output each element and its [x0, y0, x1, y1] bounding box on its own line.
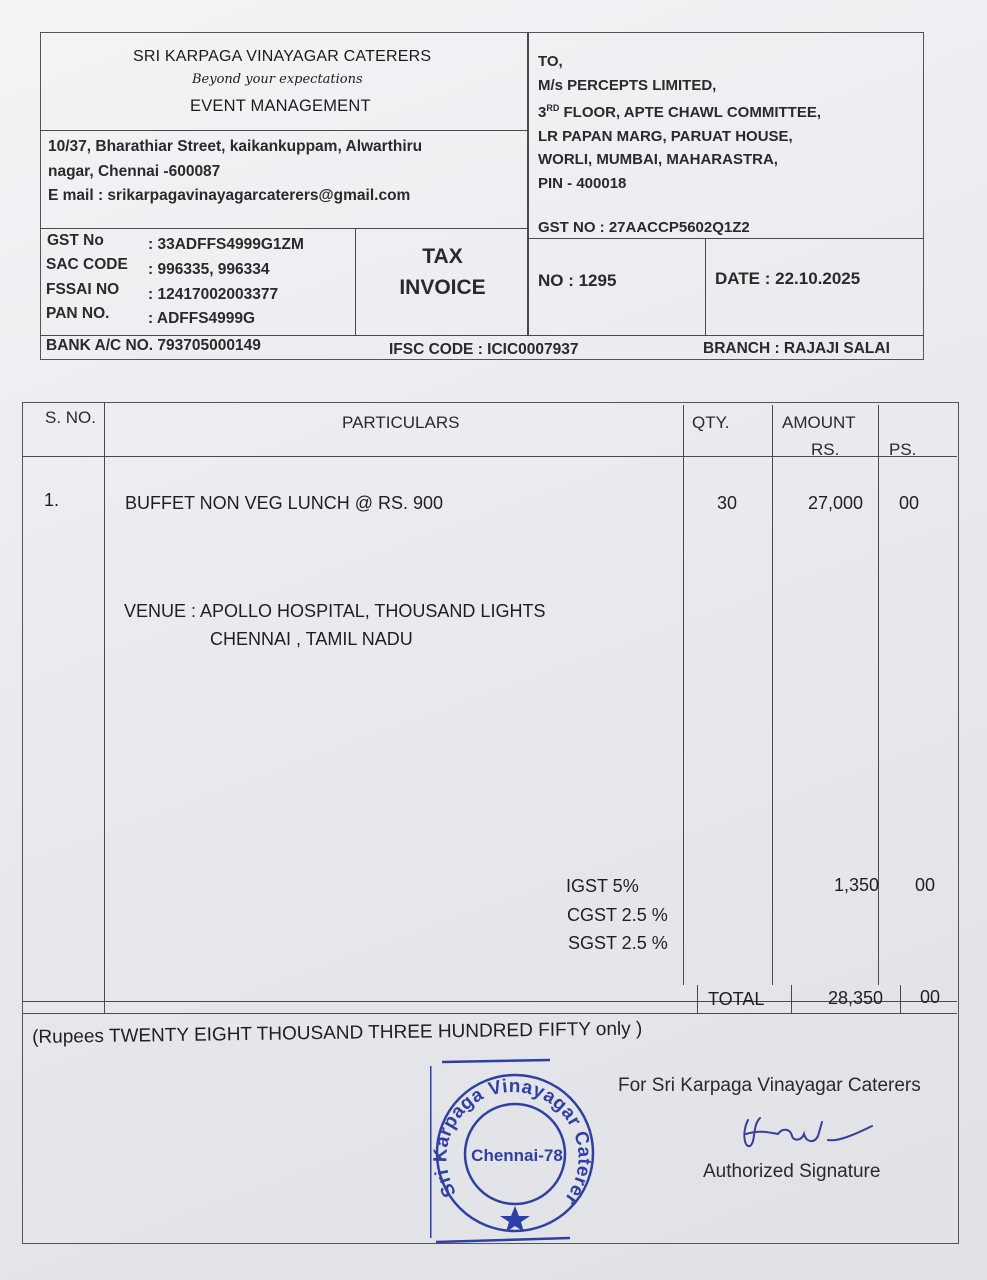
floor-rest: FLOOR, APTE CHAWL COMMITTEE, [559, 104, 821, 121]
divider [355, 228, 356, 336]
total-rs: 28,350 [828, 988, 883, 1009]
invoice-title-line1: TAX [380, 241, 505, 272]
buyer-pin: PIN - 400018 [538, 172, 821, 196]
venue-line2: CHENNAI , TAMIL NADU [210, 629, 413, 650]
signature-scribble-icon [738, 1112, 878, 1159]
header-particulars: PARTICULARS [342, 413, 459, 433]
column-divider [104, 403, 105, 1013]
bank-account: BANK A/C NO. 793705000149 [46, 337, 261, 355]
column-divider [683, 405, 684, 985]
sac-value: : 996335, 996334 [148, 261, 270, 279]
header-rs: RS. [811, 440, 839, 460]
buyer-to: TO, [538, 50, 821, 74]
bank-ifsc: IFSC CODE : ICIC0007937 [389, 341, 579, 359]
floor-suffix: RD [546, 103, 559, 113]
signature-for-text: For Sri Karpaga Vinayagar Caterers [618, 1075, 921, 1097]
gst-value: : 33ADFFS4999G1ZM [148, 236, 304, 254]
total-ps: 00 [920, 987, 940, 1008]
buyer-block: TO, M/s PERCEPTS LIMITED, 3RD FLOOR, APT… [538, 50, 821, 195]
divider [40, 335, 924, 336]
column-divider [878, 405, 879, 985]
seller-email: E mail : srikarpagavinayagarcaterers@gma… [48, 187, 410, 205]
invoice-title-line2: INVOICE [380, 272, 505, 303]
seller-address-line1: 10/37, Bharathiar Street, kaikankuppam, … [48, 138, 422, 156]
buyer-address-line2: LR PAPAN MARG, PARUAT HOUSE, [538, 125, 821, 149]
invoice-date: DATE : 22.10.2025 [715, 269, 860, 289]
column-divider [900, 985, 901, 1013]
invoice-number: NO : 1295 [538, 271, 616, 291]
total-label: TOTAL [708, 989, 764, 1010]
buyer-name: M/s PERCEPTS LIMITED, [538, 74, 821, 98]
tax-cgst: CGST 2.5 % [567, 905, 668, 926]
row-sno: 1. [44, 490, 59, 511]
divider [40, 130, 528, 131]
header-qty: QTY. [692, 413, 729, 433]
sac-label: SAC CODE [46, 256, 128, 274]
company-subtitle: EVENT MANAGEMENT [190, 97, 371, 116]
row-amount-ps: 00 [899, 493, 919, 514]
tax-sgst: SGST 2.5 % [568, 933, 668, 954]
tax-amount-rs: 1,350 [834, 875, 879, 896]
buyer-address-line3: WORLI, MUMBAI, MAHARASTRA, [538, 148, 821, 172]
company-stamp: Sri Karpaga Vinayagar Caterers Chennai-7… [430, 1058, 600, 1246]
row-qty: 30 [717, 493, 737, 514]
authorized-signature-label: Authorized Signature [703, 1161, 880, 1183]
header-divider [527, 33, 529, 336]
company-name: SRI KARPAGA VINAYAGAR CATERERS [133, 48, 431, 66]
column-divider [697, 985, 698, 1013]
seller-address-line2: nagar, Chennai -600087 [48, 163, 220, 181]
tax-amount-ps: 00 [915, 875, 935, 896]
venue-line1: VENUE : APOLLO HOSPITAL, THOUSAND LIGHTS [124, 601, 545, 622]
svg-text:Chennai-78: Chennai-78 [471, 1146, 563, 1165]
column-divider [791, 985, 792, 1013]
header-sno: S. NO. [45, 408, 96, 428]
svg-text:Sri Karpaga Vinayagar Caterers: Sri Karpaga Vinayagar Caterers [430, 1058, 595, 1209]
invoice-title: TAX INVOICE [380, 241, 505, 303]
pan-label: PAN NO. [46, 305, 109, 323]
header-ps: PS. [889, 440, 916, 460]
tax-igst: IGST 5% [566, 876, 639, 897]
company-tagline: Beyond your expectations [192, 72, 363, 87]
divider [40, 228, 528, 229]
buyer-gst: GST NO : 27AACCP5602Q1Z2 [538, 216, 750, 240]
header-amount: AMOUNT [782, 413, 856, 433]
column-divider [772, 405, 773, 985]
fssai-value: : 12417002003377 [148, 286, 278, 304]
stamp-seal-icon: Sri Karpaga Vinayagar Caterers Chennai-7… [430, 1058, 600, 1246]
bank-branch: BRANCH : RAJAJI SALAI [703, 340, 890, 358]
row-amount-rs: 27,000 [808, 493, 863, 514]
total-row-divider [22, 1001, 957, 1002]
divider [705, 238, 706, 336]
fssai-label: FSSAI NO [46, 281, 119, 299]
words-row-divider [22, 1013, 957, 1014]
row-particulars: BUFFET NON VEG LUNCH @ RS. 900 [125, 493, 443, 514]
gst-label: GST No [47, 232, 104, 250]
buyer-address-line1: 3RD FLOOR, APTE CHAWL COMMITTEE, [538, 97, 821, 125]
pan-value: : ADFFS4999G [148, 310, 255, 328]
